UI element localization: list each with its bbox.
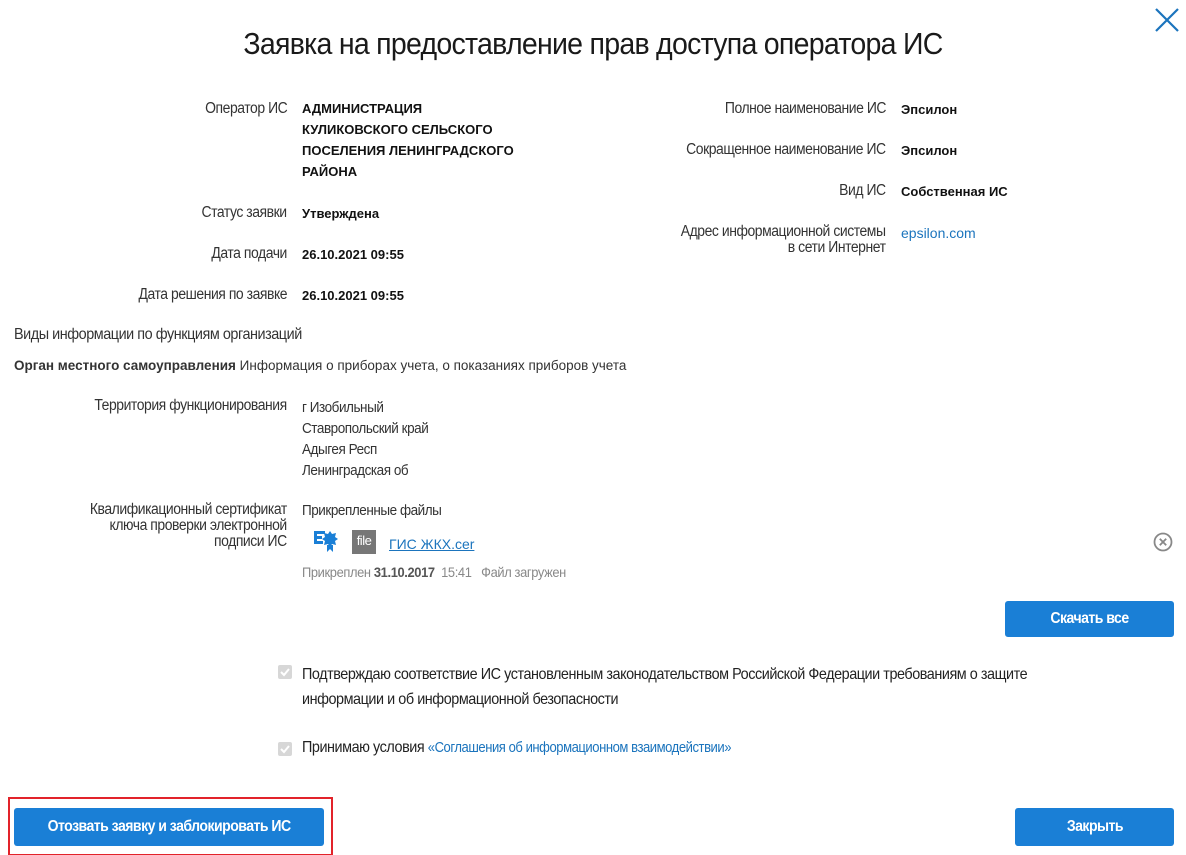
full-name-label: Полное наименование ИС (725, 101, 886, 117)
territory-item: Адыгея Респ (302, 439, 428, 460)
territory-item: г Изобильный (302, 397, 428, 418)
info-types-org: Орган местного самоуправления (14, 358, 236, 373)
agreement-link[interactable]: «Соглашения об информационном взаимодейс… (428, 740, 731, 756)
territory-list: г Изобильный Ставропольский край Адыгея … (302, 397, 428, 481)
accept-terms-text: Принимаю условия «Соглашения об информац… (302, 739, 731, 757)
file-date: 31.10.2017 (374, 564, 435, 580)
address-link[interactable]: epsilon.com (901, 225, 976, 241)
remove-file-icon[interactable] (1153, 532, 1173, 557)
short-name-value: Эпсилон (901, 140, 957, 161)
dialog-title: Заявка на предоставление прав доступа оп… (47, 26, 1138, 62)
full-name-value: Эпсилон (901, 99, 957, 120)
submit-date-label: Дата подачи (212, 246, 287, 262)
decision-date-value: 26.10.2021 09:55 (302, 285, 404, 306)
close-button[interactable]: Закрыть (1015, 808, 1174, 846)
info-types-text: Информация о приборах учета, о показания… (240, 358, 627, 373)
operator-label: Оператор ИС (205, 101, 287, 117)
accept-terms-checkbox[interactable] (278, 742, 292, 756)
is-type-label: Вид ИС (839, 183, 886, 199)
short-name-label: Сокращенное наименование ИС (686, 142, 886, 158)
confirm-compliance-text: Подтверждаю соответствие ИС установленны… (302, 662, 1027, 712)
attached-files-label: Прикрепленные файлы (302, 502, 441, 519)
address-label: Адрес информационной системы в сети Инте… (681, 224, 886, 256)
file-status: Файл загружен (481, 564, 566, 580)
file-icon: file (352, 530, 376, 554)
revoke-and-block-button[interactable]: Отозвать заявку и заблокировать ИС (14, 808, 324, 846)
close-icon[interactable] (1153, 6, 1181, 34)
operator-value: АДМИНИСТРАЦИЯ КУЛИКОВСКОГО СЕЛЬСКОГО ПОС… (302, 98, 514, 182)
download-all-button[interactable]: Скачать все (1005, 601, 1174, 637)
info-types-heading: Виды информации по функциям организаций (14, 326, 302, 344)
confirm-compliance-checkbox[interactable] (278, 665, 292, 679)
certificate-icon (314, 530, 338, 557)
territory-item: Ленинградская об (302, 460, 428, 481)
territory-item: Ставропольский край (302, 418, 428, 439)
submit-date-value: 26.10.2021 09:55 (302, 244, 404, 265)
info-types-row: Орган местного самоуправления Информация… (14, 358, 626, 373)
certificate-label: Квалификационный сертификат ключа провер… (90, 502, 287, 550)
status-label: Статус заявки (202, 205, 287, 221)
decision-date-label: Дата решения по заявке (138, 287, 287, 303)
is-type-value: Собственная ИС (901, 181, 1008, 202)
status-value: Утверждена (302, 203, 379, 224)
file-time: 15:41 (441, 564, 471, 580)
file-link[interactable]: ГИС ЖКХ.cer (389, 536, 474, 552)
file-meta: Прикреплен 31.10.2017 15:41 Файл загруже… (302, 564, 566, 580)
territory-label: Территория функционирования (95, 398, 287, 414)
